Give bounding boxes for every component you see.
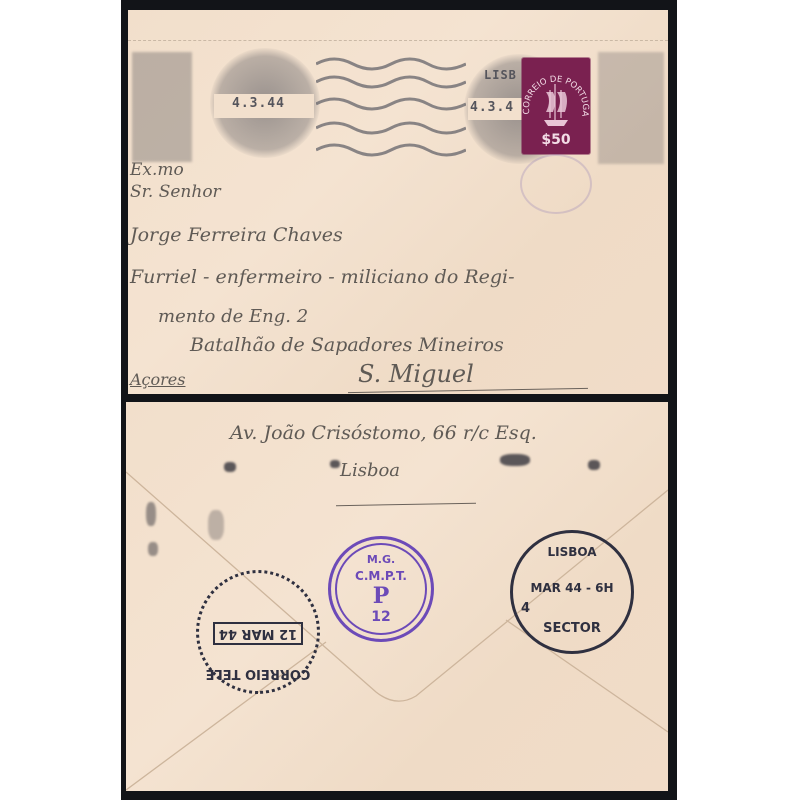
- censor-line-2: C.M.P.T.: [331, 569, 431, 583]
- svg-text:CORREIO DE PORTUGAL: CORREIO DE PORTUGAL: [522, 58, 590, 117]
- ink-smudge: [224, 462, 236, 472]
- ink-smudge: [146, 502, 156, 526]
- cancel-date-right: 4.3.4: [470, 100, 514, 115]
- censor-line-3: P: [331, 583, 431, 609]
- cancel-date-left: 4.3.44: [232, 96, 285, 111]
- torn-edge: [128, 40, 668, 41]
- sender-line-2: Lisboa: [340, 460, 400, 481]
- stamp-value: $50: [522, 132, 590, 148]
- cancel-bars-right: [598, 52, 664, 164]
- censor-line-1: M.G.: [331, 553, 431, 566]
- address-line-2: Sr. Senhor: [130, 182, 221, 202]
- cancel-town: LISB: [484, 68, 517, 82]
- ink-smudge: [500, 454, 530, 466]
- ink-smudge: [148, 542, 158, 556]
- address-line-6: Batalhão de Sapadores Mineiros: [190, 334, 504, 356]
- sender-line-1: Av. João Crisóstomo, 66 r/c Esq.: [230, 422, 537, 444]
- censor-line-4: 12: [331, 609, 431, 625]
- address-line-4: Furriel - enfermeiro - miliciano do Regi…: [130, 266, 515, 288]
- postmark-right-sector: SECTOR: [513, 621, 631, 636]
- postmark-right: LISBOA MAR 44 - 6H 4 SECTOR: [510, 530, 634, 654]
- postmark-right-number: 4: [521, 601, 530, 616]
- ink-smudge: [208, 510, 224, 540]
- postmark-right-arc: LISBOA: [513, 545, 631, 559]
- ink-smudge: [588, 460, 600, 470]
- address-underline: [348, 388, 588, 393]
- address-line-7: S. Miguel: [358, 360, 474, 388]
- postmark-right-date: MAR 44 - 6H: [513, 581, 631, 595]
- censor-handstamp: M.G. C.M.P.T. P 12: [328, 536, 434, 642]
- address-line-8: Açores: [130, 370, 185, 389]
- postmark-left: CORREIO TELE 12 MAR 44: [196, 570, 320, 694]
- postmark-left-arc: CORREIO TELE: [199, 666, 317, 681]
- cancel-wavy-lines: [316, 50, 466, 160]
- faint-censor-mark: [520, 154, 592, 214]
- address-line-1: Ex.mo: [130, 160, 184, 180]
- cover-front: 4.3.44 4.3.4 LISB CORREIO DE PORTUGAL $5…: [128, 10, 668, 394]
- postage-stamp: CORREIO DE PORTUGAL $50: [522, 58, 590, 154]
- ink-smudge: [330, 460, 340, 468]
- address-line-5: mento de Eng. 2: [158, 306, 308, 327]
- cancel-bars-left: [132, 52, 192, 162]
- address-line-3: Jorge Ferreira Chaves: [130, 224, 343, 246]
- postmark-left-date: 12 MAR 44: [213, 622, 303, 645]
